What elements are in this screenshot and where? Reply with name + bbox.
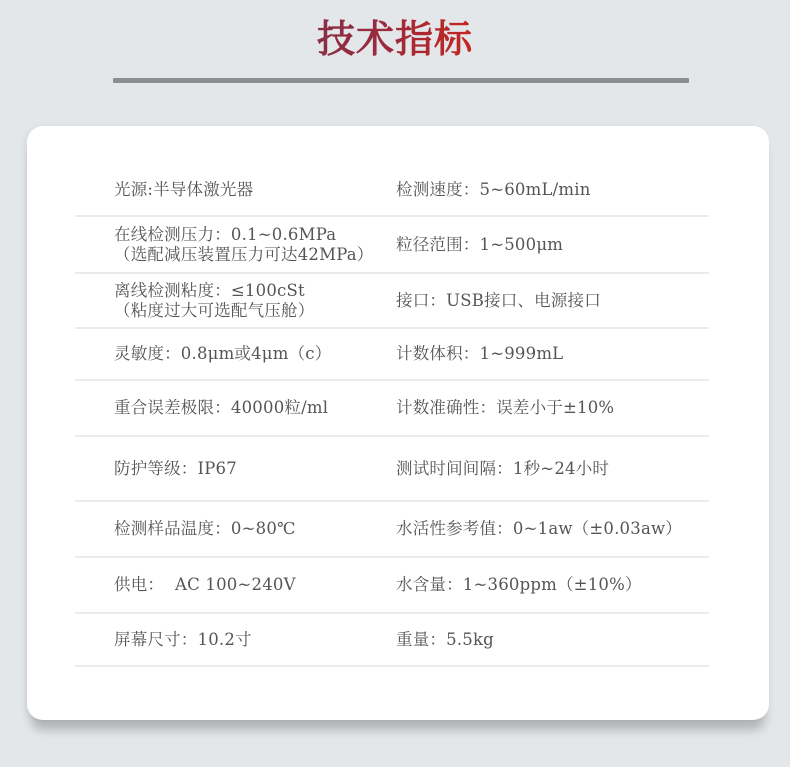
spec-water-activity: 水活性参考值：0~1aw（±0.03aw） xyxy=(396,519,709,539)
spec-count-accuracy: 计数准确性：误差小于±10% xyxy=(396,398,709,418)
page-title-text: 技术指标 xyxy=(317,17,473,61)
spec-screen-size: 屏幕尺寸：10.2寸 xyxy=(75,630,396,650)
spec-row: 离线检测粘度：≤100cSt （粘度过大可选配气压舱） 接口：USB接口、电源接… xyxy=(75,274,709,329)
page-title: 技术指标 xyxy=(0,14,790,64)
spec-row: 重合误差极限：40000粒/ml 计数准确性：误差小于±10% xyxy=(75,381,709,437)
spec-row: 供电： AC 100~240V 水含量：1~360ppm（±10%） xyxy=(75,558,709,614)
spec-offline-viscosity: 离线检测粘度：≤100cSt （粘度过大可选配气压舱） xyxy=(75,281,396,321)
spec-test-interval: 测试时间间隔：1秒~24小时 xyxy=(396,459,709,479)
spec-row: 光源:半导体激光器 检测速度：5~60mL/min xyxy=(75,164,709,217)
spec-sample-temperature: 检测样品温度：0~80℃ xyxy=(75,519,396,539)
spec-coincidence-limit: 重合误差极限：40000粒/ml xyxy=(75,398,396,418)
spec-power-supply: 供电： AC 100~240V xyxy=(75,575,396,595)
spec-row: 屏幕尺寸：10.2寸 重量：5.5kg xyxy=(75,614,709,667)
spec-row: 在线检测压力：0.1~0.6MPa （选配减压装置压力可达42MPa） 粒径范围… xyxy=(75,217,709,274)
spec-row: 防护等级：IP67 测试时间间隔：1秒~24小时 xyxy=(75,437,709,502)
spec-row: 灵敏度：0.8μm或4μm（c） 计数体积：1~999mL xyxy=(75,329,709,381)
spec-table: 光源:半导体激光器 检测速度：5~60mL/min 在线检测压力：0.1~0.6… xyxy=(75,164,709,667)
spec-weight: 重量：5.5kg xyxy=(396,630,709,650)
spec-detection-speed: 检测速度：5~60mL/min xyxy=(396,180,709,200)
spec-online-pressure: 在线检测压力：0.1~0.6MPa （选配减压装置压力可达42MPa） xyxy=(75,225,396,265)
spec-row: 检测样品温度：0~80℃ 水活性参考值：0~1aw（±0.03aw） xyxy=(75,502,709,558)
spec-card: 光源:半导体激光器 检测速度：5~60mL/min 在线检测压力：0.1~0.6… xyxy=(27,126,769,720)
spec-count-volume: 计数体积：1~999mL xyxy=(396,344,709,364)
spec-water-content: 水含量：1~360ppm（±10%） xyxy=(396,575,709,595)
title-divider xyxy=(113,78,689,83)
spec-particle-size-range: 粒径范围：1~500μm xyxy=(396,235,709,255)
spec-light-source: 光源:半导体激光器 xyxy=(75,180,396,200)
spec-sensitivity: 灵敏度：0.8μm或4μm（c） xyxy=(75,344,396,364)
spec-interface: 接口：USB接口、电源接口 xyxy=(396,291,709,311)
spec-protection-rating: 防护等级：IP67 xyxy=(75,459,396,479)
